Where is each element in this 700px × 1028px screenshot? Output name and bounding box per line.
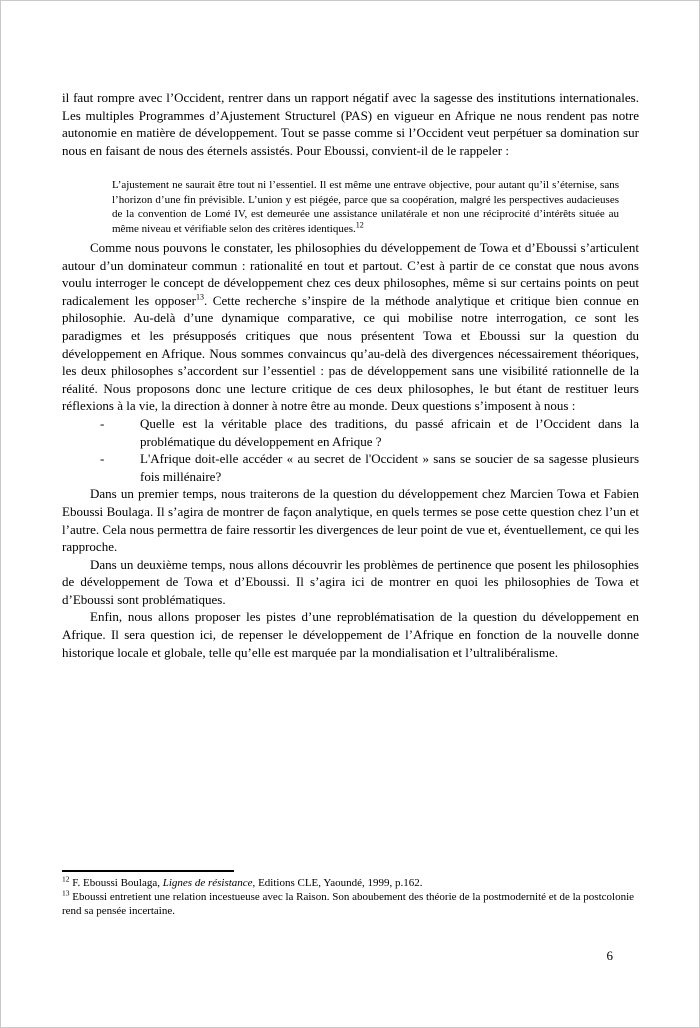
paragraph-premier-temps: Dans un premier temps, nous traiterons d…: [62, 485, 639, 555]
footnote-12-text-before: F. Eboussi Boulaga,: [70, 877, 163, 889]
footnote-13: 13 Eboussi entretient une relation inces…: [62, 891, 639, 919]
footnotes-section: 12 F. Eboussi Boulaga, Lignes de résista…: [62, 870, 639, 918]
footnote-12-text-after: Editions CLE, Yaoundé, 1999, p.162.: [255, 877, 422, 889]
list-dash-icon: -: [100, 450, 140, 485]
list-dash-icon: -: [100, 415, 140, 450]
paragraph-intro: il faut rompre avec l’Occident, rentrer …: [62, 89, 639, 159]
footnote-12-book-title: Lignes de résistance,: [163, 877, 256, 889]
paragraph-enfin: Enfin, nous allons proposer les pistes d…: [62, 608, 639, 661]
page-body: il faut rompre avec l’Occident, rentrer …: [62, 89, 639, 661]
footnote-reference-13: 13: [196, 292, 204, 301]
paragraph-constat-text-after: . Cette recherche s’inspire de la méthod…: [62, 293, 639, 414]
quote-block: L’ajustement ne saurait être tout ni l’e…: [112, 178, 619, 236]
footnote-13-text: Eboussi entretient une relation incestue…: [62, 891, 634, 917]
paragraph-deuxieme-temps: Dans un deuxième temps, nous allons déco…: [62, 556, 639, 609]
footnote-separator: [62, 870, 234, 872]
question-item-2: - L'Afrique doit-elle accéder « au secre…: [62, 450, 639, 485]
questions-list: - Quelle est la véritable place des trad…: [62, 415, 639, 485]
question-text-1: Quelle est la véritable place des tradit…: [140, 415, 639, 450]
question-item-1: - Quelle est la véritable place des trad…: [62, 415, 639, 450]
page-number: 6: [607, 947, 614, 964]
document-page: il faut rompre avec l’Occident, rentrer …: [0, 0, 700, 1028]
footnote-12: 12 F. Eboussi Boulaga, Lignes de résista…: [62, 877, 639, 891]
quote-text: L’ajustement ne saurait être tout ni l’e…: [112, 179, 619, 234]
footnote-number-13: 13: [62, 888, 70, 897]
paragraph-constat: Comme nous pouvons le constater, les phi…: [62, 239, 639, 415]
question-text-2: L'Afrique doit-elle accéder « au secret …: [140, 450, 639, 485]
footnote-number-12: 12: [62, 874, 70, 883]
footnote-reference-12: 12: [356, 220, 364, 229]
